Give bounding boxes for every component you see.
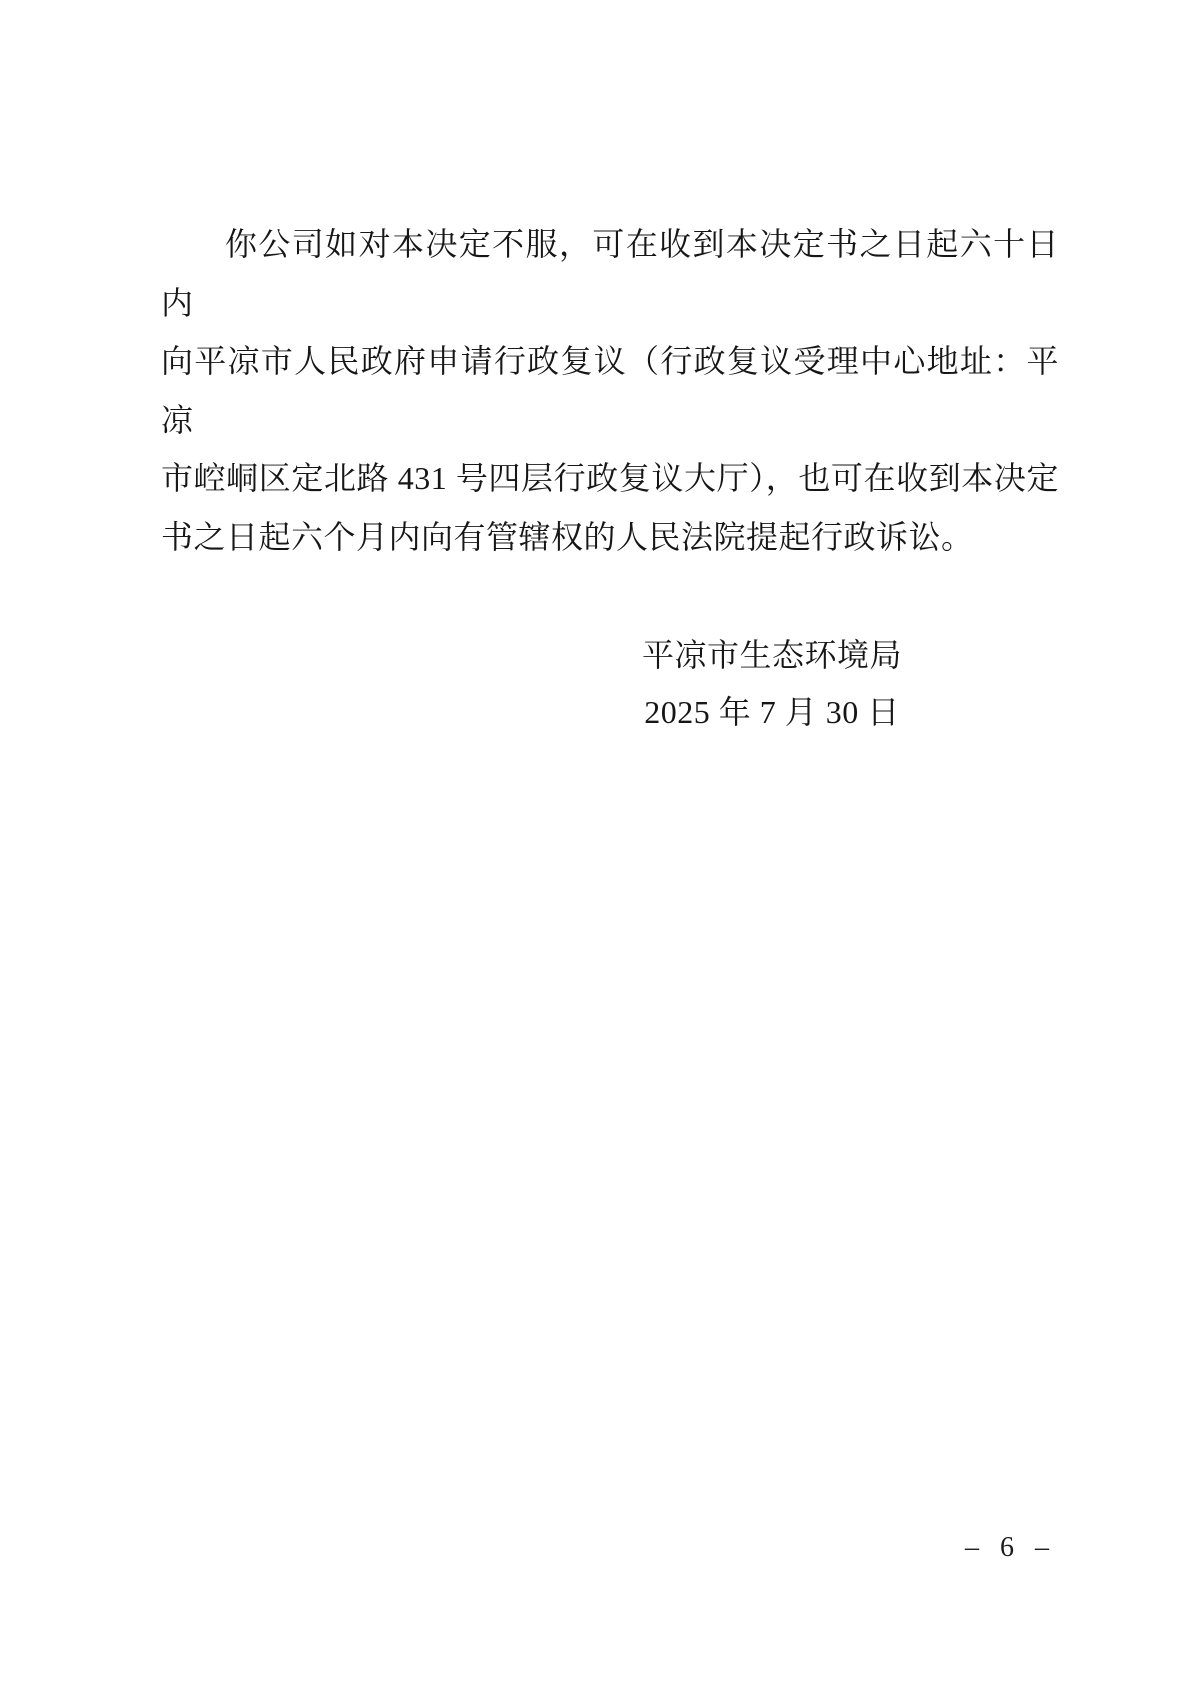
issuing-authority: 平凉市生态环境局 <box>596 627 948 684</box>
paragraph-line-2: 向平凉市人民政府申请行政复议（行政复议受理中心地址：平凉 <box>161 332 1059 449</box>
issue-date: 2025 年 7 月 30 日 <box>596 684 948 741</box>
appeal-rights-paragraph: 你公司如对本决定不服，可在收到本决定书之日起六十日内 向平凉市人民政府申请行政复… <box>161 215 1059 566</box>
page-number: – 6 – <box>965 1534 1056 1562</box>
signature-block: 平凉市生态环境局 2025 年 7 月 30 日 <box>596 627 948 741</box>
document-page: 你公司如对本决定不服，可在收到本决定书之日起六十日内 向平凉市人民政府申请行政复… <box>0 0 1199 1696</box>
paragraph-line-4: 书之日起六个月内向有管辖权的人民法院提起行政诉讼。 <box>161 508 1059 567</box>
paragraph-line-1: 你公司如对本决定不服，可在收到本决定书之日起六十日内 <box>161 215 1059 332</box>
paragraph-line-3: 市崆峒区定北路 431 号四层行政复议大厅），也可在收到本决定 <box>161 449 1059 508</box>
